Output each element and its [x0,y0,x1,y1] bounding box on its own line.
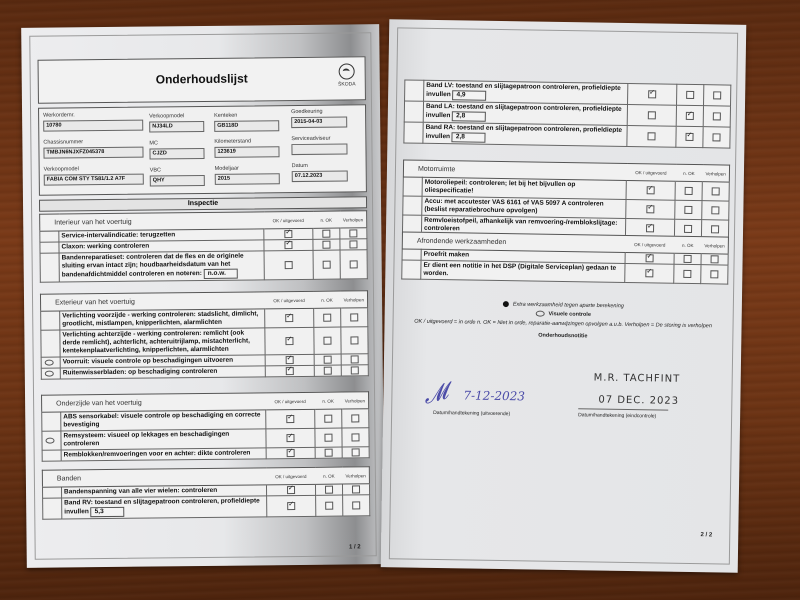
skoda-logo: ŠKODA [337,63,357,87]
not-ok-checkbox[interactable] [324,356,332,364]
checklist-item-value: 2,8 [452,111,486,122]
fixed-checkbox[interactable] [350,313,358,321]
checklist-item-value: 5,3 [91,507,125,517]
not-ok-checkbox[interactable] [324,415,332,423]
fixed-checkbox[interactable] [350,336,358,344]
column-header: n. OK [313,291,340,308]
column-header: OK / uitgevoerd [626,163,675,181]
fixed-checkbox[interactable] [712,133,720,141]
fixed-checkbox[interactable] [352,501,360,509]
checklist-item-text: Verlichting achterzijde - werking contro… [60,328,265,357]
legend: Extra werkzaamheid tegen aparte berekeni… [404,300,722,345]
column-header: OK / uitgevoerd [625,235,674,253]
field-serviceadviseur: Serviceadviseur [291,135,347,155]
checklist-item-text: Verlichting voorzijde - werking controle… [60,309,265,330]
notes-title: Onderhoudsnotitie [404,330,721,341]
not-ok-checkbox[interactable] [684,255,692,263]
section-onderzijde-van-het-voertuig: Onderzijde van het voertuigOK / uitgevoe… [41,391,370,461]
column-header: OK / uitgevoerd [266,392,315,410]
page-2: Band LV: toestand en slijtagepatroon con… [381,19,747,573]
ok-checkbox[interactable] [285,314,293,322]
section-interieur-van-het-voertuig: Interieur van het voertuigOK / uitgevoer… [39,210,368,282]
field-modeljaar: Modeljaar 2015 [215,165,280,185]
document-header: Onderhoudslijst ŠKODA [38,56,366,103]
column-header: Verholpen [342,467,369,484]
checklist-item-text: Bandenreparatieset: controleren dat de f… [59,251,264,282]
checklist-item-text: Er dient een notitie in het DSP (Digital… [421,260,625,282]
ok-checkbox[interactable] [287,486,295,494]
ok-checkbox[interactable] [284,230,292,238]
final-signature-label: Datum/handtekening (eindcontrole) [578,412,656,419]
field-datum: Datum 07.12.2023 [292,162,348,182]
visual-check-eye-icon [44,359,53,365]
column-header: OK / uitgevoerd [264,291,313,309]
ok-checkbox[interactable] [646,205,654,213]
fixed-checkbox[interactable] [710,270,718,278]
checklist-item-text: Remsysteem: visueel op lekkages en besch… [61,429,266,450]
visual-check-eye-icon [535,311,544,317]
executor-signature-label: Datum/handtekening (uitvoerende) [433,410,510,417]
checklist-item-text: Band RA: toestand en slijtagepatroon con… [423,122,627,146]
extra-work-dot-icon [503,301,509,307]
ok-checkbox[interactable] [645,269,653,277]
column-header: n. OK [674,236,701,253]
checklist-row: Band RA: toestand en slijtagepatroon con… [404,122,730,148]
section-motorruimte: MotorruimteOK / uitgevoerdn. OKVerholpen… [402,159,730,239]
not-ok-checkbox[interactable] [324,434,332,442]
column-header: Verholpen [340,291,367,308]
fixed-checkbox[interactable] [351,433,359,441]
checklist-item-value: 4,9 [452,90,486,101]
ok-checkbox[interactable] [647,132,655,140]
not-ok-checkbox[interactable] [324,367,332,375]
fixed-checkbox[interactable] [711,225,719,233]
ok-checkbox[interactable] [286,367,294,375]
fixed-checkbox[interactable] [350,260,358,268]
not-ok-checkbox[interactable] [686,91,694,99]
ok-checkbox[interactable] [647,186,655,194]
ok-checkbox[interactable] [286,356,294,364]
column-header: n. OK [315,392,342,409]
fixed-checkbox[interactable] [713,91,721,99]
fixed-checkbox[interactable] [352,485,360,493]
checklist-row: Verlichting achterzijde - werking contro… [41,327,368,357]
fixed-checkbox[interactable] [713,112,721,120]
field-mc: MC CJZD [149,140,204,160]
ok-checkbox[interactable] [286,434,294,442]
brand-name: ŠKODA [338,81,356,87]
not-ok-checkbox[interactable] [686,112,694,120]
ok-checkbox[interactable] [646,254,654,262]
fixed-checkbox[interactable] [712,187,720,195]
not-ok-checkbox[interactable] [322,230,330,238]
fixed-checkbox[interactable] [351,414,359,422]
checklist-item-text: Remblokken/remvoeringen voor en achter: … [61,448,266,461]
visual-check-eye-icon [44,370,53,376]
field-verkoopmodel-code: Verkoopmodel NJ34LD [149,113,204,133]
ok-checkbox[interactable] [285,261,293,269]
not-ok-checkbox[interactable] [325,449,333,457]
page-1: Onderhoudslijst ŠKODA Werkordernr. 10780… [21,24,385,568]
fixed-checkbox[interactable] [349,229,357,237]
legend-explanation: OK / uitgevoerd = in orde n. OK = Niet i… [405,318,722,329]
checklist-item-value: n.o.w. [204,269,238,279]
page-number: 2 / 2 [701,532,713,538]
checklist-item-text: Band RV: toestand en slijtagepatroon con… [62,496,267,519]
werkordernr-value: 10780 [43,120,143,132]
ok-checkbox[interactable] [646,224,654,232]
checklist-item-value: 2,8 [452,132,486,143]
ok-checkbox[interactable] [287,449,295,457]
ok-checkbox[interactable] [648,90,656,98]
ok-checkbox[interactable] [287,502,295,510]
column-header: n. OK [675,164,702,181]
not-ok-checkbox[interactable] [683,270,691,278]
ok-checkbox[interactable] [285,337,293,345]
stamp-name: M.R. TACHFINT [594,372,681,384]
executor-handwritten-date: 7-12-2023 [463,388,525,403]
not-ok-checkbox[interactable] [325,486,333,494]
column-header: Verholpen [701,237,728,254]
column-header: OK / uitgevoerd [266,467,315,485]
fixed-checkbox[interactable] [351,355,359,363]
column-header: n. OK [313,211,340,228]
not-ok-checkbox[interactable] [685,187,693,195]
ok-checkbox[interactable] [286,415,294,423]
column-header: n. OK [315,467,342,484]
field-verkoopmodel: Verkoopmodel FABIA COM STY TS81/1.2 A7F [44,166,144,186]
skoda-logo-icon [339,63,355,79]
checklist-row: Bandenreparatieset: controleren dat de f… [40,250,367,282]
field-vbc: VBC QHY [150,167,205,187]
field-kilometerstand: Kilometerstand 123619 [214,138,279,158]
column-header: Verholpen [702,165,729,182]
ok-checkbox[interactable] [284,241,292,249]
not-ok-checkbox[interactable] [325,502,333,510]
fixed-checkbox[interactable] [711,255,719,263]
section-afrondende-werkzaamheden: Afrondende werkzaamhedenOK / uitgevoerdn… [401,231,729,284]
not-ok-checkbox[interactable] [323,314,331,322]
page-number: 1 / 2 [349,544,361,550]
stamp-date: 07 DEC. 2023 [598,395,679,407]
checklist-item-text: ABS sensorkabel: visuele controle op bes… [61,410,266,431]
not-ok-checkbox[interactable] [323,337,331,345]
field-chassisnummer: Chassisnummer TMBJN6NJXFZ045378 [43,139,143,159]
checklist-row: Band RV: toestand en slijtagepatroon con… [43,495,370,519]
fixed-checkbox[interactable] [352,448,360,456]
field-kenteken: Kenteken GB118D [214,112,279,132]
section-banden: BandenOK / uitgevoerdn. OKVerholpenBande… [42,466,371,519]
column-header: Verholpen [342,392,369,409]
not-ok-checkbox[interactable] [323,261,331,269]
document-title: Onderhoudslijst [39,70,365,87]
visual-check-eye-icon [45,437,54,443]
column-header: OK / uitgevoerd [264,211,313,229]
not-ok-checkbox[interactable] [685,133,693,141]
column-header: Verholpen [340,211,367,228]
section-banden-continued: Band LV: toestand en slijtagepatroon con… [403,79,731,148]
fixed-checkbox[interactable] [711,206,719,214]
fixed-checkbox[interactable] [351,366,359,374]
not-ok-checkbox[interactable] [684,206,692,214]
vehicle-info-panel: Werkordernr. 10780 Verkoopmodel NJ34LD K… [38,104,367,195]
section-exterieur-van-het-voertuig: Exterieur van het voertuigOK / uitgevoer… [40,290,369,379]
field-goedkeuring: Goedkeuring 2015-04-03 [291,108,347,128]
ok-checkbox[interactable] [648,111,656,119]
fixed-checkbox[interactable] [349,240,357,248]
not-ok-checkbox[interactable] [684,225,692,233]
checklist-item-text: Ruitenwisserbladen: op beschadiging cont… [60,366,265,379]
field-werkordernr: Werkordernr. 10780 [43,112,143,132]
not-ok-checkbox[interactable] [322,241,330,249]
